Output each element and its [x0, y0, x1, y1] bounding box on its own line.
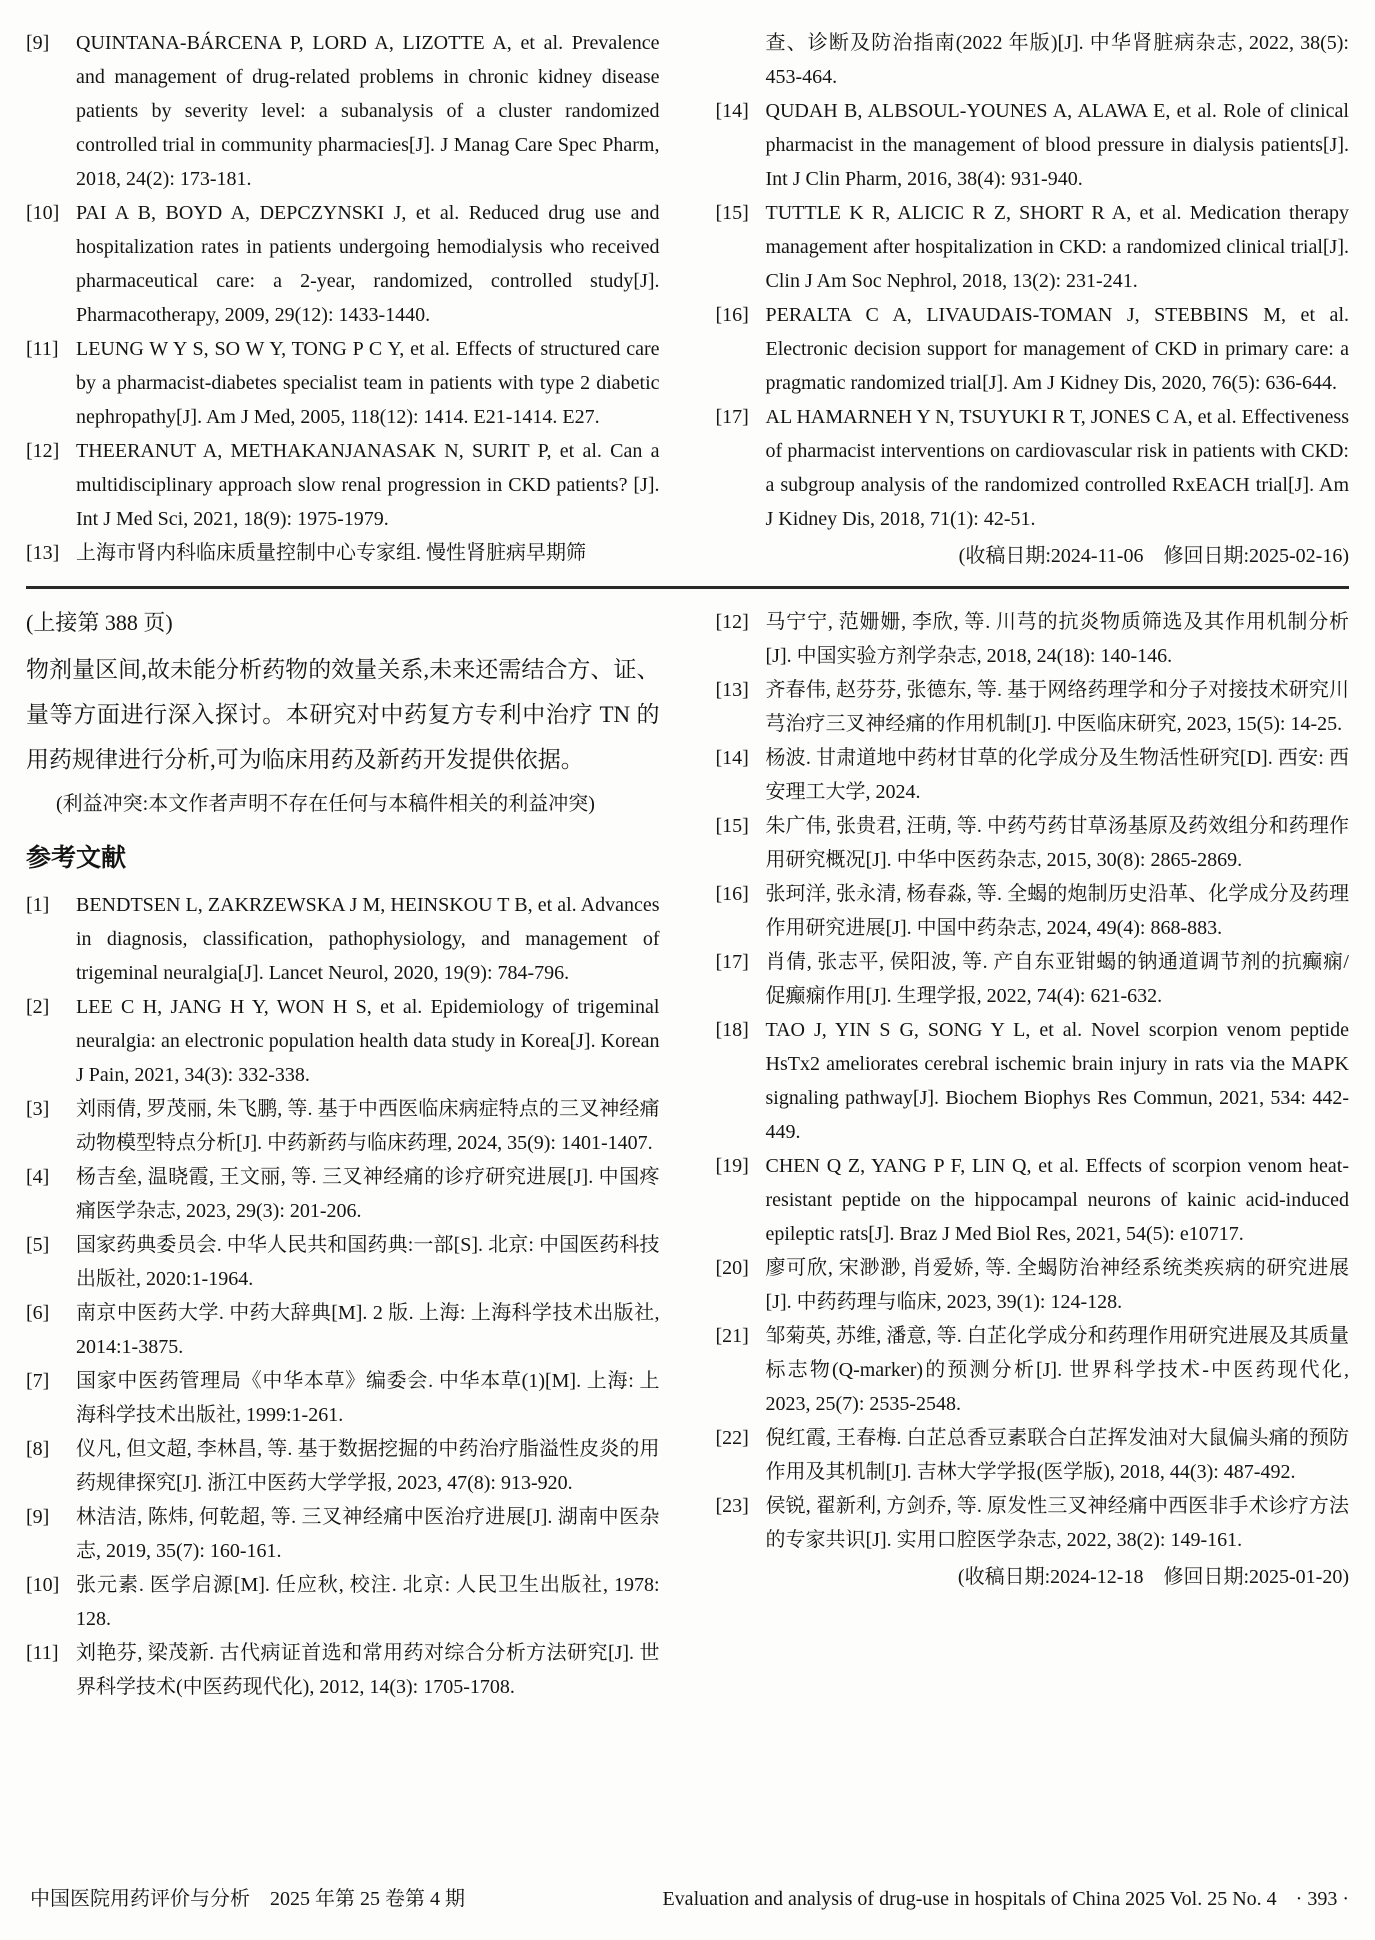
- reference-number: [19]: [716, 1149, 766, 1251]
- reference-text: QUINTANA-BÁRCENA P, LORD A, LIZOTTE A, e…: [76, 26, 660, 196]
- reference-text: THEERANUT A, METHAKANJANASAK N, SURIT P,…: [76, 434, 660, 536]
- reference-item: [4] 杨吉垒, 温晓霞, 王文丽, 等. 三叉神经痛的诊疗研究进展[J]. 中…: [26, 1160, 660, 1228]
- reference-number: [7]: [26, 1364, 76, 1432]
- reference-number: [13]: [716, 673, 766, 741]
- reference-text: AL HAMARNEH Y N, TSUYUKI R T, JONES C A,…: [766, 400, 1350, 536]
- bottom-right-column: [12] 马宁宁, 范姗姗, 李欣, 等. 川芎的抗炎物质筛选及其作用机制分析[…: [716, 605, 1350, 1704]
- reference-number: [15]: [716, 809, 766, 877]
- reference-item: [14] 杨波. 甘肃道地中药材甘草的化学成分及生物活性研究[D]. 西安: 西…: [716, 741, 1350, 809]
- reference-text: 林洁洁, 陈炜, 何乾超, 等. 三叉神经痛中医治疗进展[J]. 湖南中医杂志,…: [76, 1500, 660, 1568]
- reference-item: [11] LEUNG W Y S, SO W Y, TONG P C Y, et…: [26, 332, 660, 434]
- footer-journal-cn: 中国医院用药评价与分析 2025 年第 25 卷第 4 期: [30, 1886, 465, 1912]
- top-left-column: [9] QUINTANA-BÁRCENA P, LORD A, LIZOTTE …: [26, 26, 660, 574]
- reference-number: [10]: [26, 1568, 76, 1636]
- reference-text: TAO J, YIN S G, SONG Y L, et al. Novel s…: [766, 1013, 1350, 1149]
- reference-text: 仪凡, 但文超, 李林昌, 等. 基于数据挖掘的中药治疗脂溢性皮炎的用药规律探究…: [76, 1432, 660, 1500]
- reference-text: 肖倩, 张志平, 侯阳波, 等. 产自东亚钳蝎的钠通道调节剂的抗癫痫/促癫痫作用…: [766, 945, 1350, 1013]
- reference-text: CHEN Q Z, YANG P F, LIN Q, et al. Effect…: [766, 1149, 1350, 1251]
- reference-item: [16] PERALTA C A, LIVAUDAIS-TOMAN J, STE…: [716, 298, 1350, 400]
- reference-text: 侯锐, 翟新利, 方剑乔, 等. 原发性三叉神经痛中西医非手术诊疗方法的专家共识…: [766, 1489, 1350, 1557]
- reference-number: [11]: [26, 332, 76, 434]
- reference-text: 查、诊断及防治指南(2022 年版)[J]. 中华肾脏病杂志, 2022, 38…: [766, 26, 1350, 94]
- reference-text: 张珂洋, 张永清, 杨春淼, 等. 全蝎的炮制历史沿革、化学成分及药理作用研究进…: [766, 877, 1350, 945]
- reference-item: [17] AL HAMARNEH Y N, TSUYUKI R T, JONES…: [716, 400, 1350, 536]
- reference-number: [9]: [26, 26, 76, 196]
- reference-item: [19] CHEN Q Z, YANG P F, LIN Q, et al. E…: [716, 1149, 1350, 1251]
- reference-item: [12] THEERANUT A, METHAKANJANASAK N, SUR…: [26, 434, 660, 536]
- reference-text: QUDAH B, ALBSOUL-YOUNES A, ALAWA E, et a…: [766, 94, 1350, 196]
- reference-number: [17]: [716, 945, 766, 1013]
- reference-text: 刘艳芬, 梁茂新. 古代病证首选和常用药对综合分析方法研究[J]. 世界科学技术…: [76, 1636, 660, 1704]
- reference-item: [1] BENDTSEN L, ZAKRZEWSKA J M, HEINSKOU…: [26, 888, 660, 990]
- reference-text: 南京中医药大学. 中药大辞典[M]. 2 版. 上海: 上海科学技术出版社, 2…: [76, 1296, 660, 1364]
- received-revised-dates: (收稿日期:2024-11-06 修回日期:2025-02-16): [716, 538, 1350, 574]
- reference-text: 廖可欣, 宋渺渺, 肖爱娇, 等. 全蝎防治神经系统类疾病的研究进展[J]. 中…: [766, 1251, 1350, 1319]
- reference-item: [13] 上海市肾内科临床质量控制中心专家组. 慢性肾脏病早期筛: [26, 536, 660, 570]
- journal-page: [9] QUINTANA-BÁRCENA P, LORD A, LIZOTTE …: [0, 0, 1375, 1940]
- reference-number: [17]: [716, 400, 766, 536]
- references-heading: 参考文献: [26, 838, 660, 874]
- reference-item: [21] 邹菊英, 苏维, 潘意, 等. 白芷化学成分和药理作用研究进展及其质量…: [716, 1319, 1350, 1421]
- reference-number: [14]: [716, 741, 766, 809]
- reference-item: [6] 南京中医药大学. 中药大辞典[M]. 2 版. 上海: 上海科学技术出版…: [26, 1296, 660, 1364]
- reference-text: 刘雨倩, 罗茂丽, 朱飞鹏, 等. 基于中西医临床病症特点的三叉神经痛动物模型特…: [76, 1092, 660, 1160]
- reference-number: [10]: [26, 196, 76, 332]
- continuation-note: (上接第 388 页): [26, 605, 660, 641]
- top-references-section: [9] QUINTANA-BÁRCENA P, LORD A, LIZOTTE …: [26, 26, 1349, 574]
- reference-number: [2]: [26, 990, 76, 1092]
- reference-item: [15] 朱广伟, 张贵君, 汪萌, 等. 中药芍药甘草汤基原及药效组分和药理作…: [716, 809, 1350, 877]
- reference-number: [22]: [716, 1421, 766, 1489]
- reference-list-bottom-left: [1] BENDTSEN L, ZAKRZEWSKA J M, HEINSKOU…: [26, 888, 660, 1704]
- reference-item: [5] 国家药典委员会. 中华人民共和国药典:一部[S]. 北京: 中国医药科技…: [26, 1228, 660, 1296]
- reference-number: [14]: [716, 94, 766, 196]
- reference-item: [16] 张珂洋, 张永清, 杨春淼, 等. 全蝎的炮制历史沿革、化学成分及药理…: [716, 877, 1350, 945]
- reference-item: [13] 齐春伟, 赵芬芬, 张德东, 等. 基于网络药理学和分子对接技术研究川…: [716, 673, 1350, 741]
- reference-item: [10] PAI A B, BOYD A, DEPCZYNSKI J, et a…: [26, 196, 660, 332]
- reference-item: [3] 刘雨倩, 罗茂丽, 朱飞鹏, 等. 基于中西医临床病症特点的三叉神经痛动…: [26, 1092, 660, 1160]
- reference-item: [11] 刘艳芬, 梁茂新. 古代病证首选和常用药对综合分析方法研究[J]. 世…: [26, 1636, 660, 1704]
- reference-number: [21]: [716, 1319, 766, 1421]
- reference-text: 国家中医药管理局《中华本草》编委会. 中华本草(1)[M]. 上海: 上海科学技…: [76, 1364, 660, 1432]
- reference-item: [9] 林洁洁, 陈炜, 何乾超, 等. 三叉神经痛中医治疗进展[J]. 湖南中…: [26, 1500, 660, 1568]
- reference-text: 齐春伟, 赵芬芬, 张德东, 等. 基于网络药理学和分子对接技术研究川芎治疗三叉…: [766, 673, 1350, 741]
- reference-text: LEUNG W Y S, SO W Y, TONG P C Y, et al. …: [76, 332, 660, 434]
- reference-text: 国家药典委员会. 中华人民共和国药典:一部[S]. 北京: 中国医药科技出版社,…: [76, 1228, 660, 1296]
- reference-text: 朱广伟, 张贵君, 汪萌, 等. 中药芍药甘草汤基原及药效组分和药理作用研究概况…: [766, 809, 1350, 877]
- reference-number: [8]: [26, 1432, 76, 1500]
- reference-list-top-left: [9] QUINTANA-BÁRCENA P, LORD A, LIZOTTE …: [26, 26, 660, 570]
- reference-item: [23] 侯锐, 翟新利, 方剑乔, 等. 原发性三叉神经痛中西医非手术诊疗方法…: [716, 1489, 1350, 1557]
- reference-number: [5]: [26, 1228, 76, 1296]
- reference-number: [4]: [26, 1160, 76, 1228]
- bottom-left-column: (上接第 388 页) 物剂量区间,故未能分析药物的效量关系,未来还需结合方、证…: [26, 605, 660, 1704]
- reference-number: [18]: [716, 1013, 766, 1149]
- reference-item: [15] TUTTLE K R, ALICIC R Z, SHORT R A, …: [716, 196, 1350, 298]
- reference-number: [11]: [26, 1636, 76, 1704]
- reference-item: [18] TAO J, YIN S G, SONG Y L, et al. No…: [716, 1013, 1350, 1149]
- reference-item: [2] LEE C H, JANG H Y, WON H S, et al. E…: [26, 990, 660, 1092]
- section-divider: [26, 586, 1349, 589]
- reference-number: [20]: [716, 1251, 766, 1319]
- reference-number: [6]: [26, 1296, 76, 1364]
- reference-item: [14] QUDAH B, ALBSOUL-YOUNES A, ALAWA E,…: [716, 94, 1350, 196]
- footer-journal-en: Evaluation and analysis of drug-use in h…: [662, 1886, 1349, 1912]
- reference-item: [7] 国家中医药管理局《中华本草》编委会. 中华本草(1)[M]. 上海: 上…: [26, 1364, 660, 1432]
- reference-item: [17] 肖倩, 张志平, 侯阳波, 等. 产自东亚钳蝎的钠通道调节剂的抗癫痫/…: [716, 945, 1350, 1013]
- conflict-of-interest-note: (利益冲突:本文作者声明不存在任何与本稿件相关的利益冲突): [26, 782, 660, 826]
- reference-text: TUTTLE K R, ALICIC R Z, SHORT R A, et al…: [766, 196, 1350, 298]
- reference-number: [12]: [716, 605, 766, 673]
- reference-item: [20] 廖可欣, 宋渺渺, 肖爱娇, 等. 全蝎防治神经系统类疾病的研究进展[…: [716, 1251, 1350, 1319]
- reference-number: [9]: [26, 1500, 76, 1568]
- reference-item: [10] 张元素. 医学启源[M]. 任应秋, 校注. 北京: 人民卫生出版社,…: [26, 1568, 660, 1636]
- reference-item: 查、诊断及防治指南(2022 年版)[J]. 中华肾脏病杂志, 2022, 38…: [716, 26, 1350, 94]
- reference-text: 张元素. 医学启源[M]. 任应秋, 校注. 北京: 人民卫生出版社, 1978…: [76, 1568, 660, 1636]
- reference-text: 马宁宁, 范姗姗, 李欣, 等. 川芎的抗炎物质筛选及其作用机制分析[J]. 中…: [766, 605, 1350, 673]
- reference-number: [3]: [26, 1092, 76, 1160]
- received-revised-dates: (收稿日期:2024-12-18 修回日期:2025-01-20): [716, 1559, 1350, 1595]
- reference-text: 倪红霞, 王春梅. 白芷总香豆素联合白芷挥发油对大鼠偏头痛的预防作用及其机制[J…: [766, 1421, 1350, 1489]
- reference-number: [16]: [716, 298, 766, 400]
- reference-number: [13]: [26, 536, 76, 570]
- article-body-paragraph: 物剂量区间,故未能分析药物的效量关系,未来还需结合方、证、量等方面进行深入探讨。…: [26, 647, 660, 782]
- footer-journal-en-text: Evaluation and analysis of drug-use in h…: [662, 1888, 1276, 1910]
- reference-number: [12]: [26, 434, 76, 536]
- top-right-column: 查、诊断及防治指南(2022 年版)[J]. 中华肾脏病杂志, 2022, 38…: [716, 26, 1350, 574]
- page-number: · 393 ·: [1296, 1888, 1349, 1910]
- reference-list-bottom-right: [12] 马宁宁, 范姗姗, 李欣, 等. 川芎的抗炎物质筛选及其作用机制分析[…: [716, 605, 1350, 1557]
- reference-number: [716, 26, 766, 94]
- reference-text: 上海市肾内科临床质量控制中心专家组. 慢性肾脏病早期筛: [76, 536, 660, 570]
- reference-text: 杨波. 甘肃道地中药材甘草的化学成分及生物活性研究[D]. 西安: 西安理工大学…: [766, 741, 1350, 809]
- continued-article-section: (上接第 388 页) 物剂量区间,故未能分析药物的效量关系,未来还需结合方、证…: [26, 605, 1349, 1704]
- reference-item: [8] 仪凡, 但文超, 李林昌, 等. 基于数据挖掘的中药治疗脂溢性皮炎的用药…: [26, 1432, 660, 1500]
- reference-text: LEE C H, JANG H Y, WON H S, et al. Epide…: [76, 990, 660, 1092]
- reference-text: BENDTSEN L, ZAKRZEWSKA J M, HEINSKOU T B…: [76, 888, 660, 990]
- reference-item: [22] 倪红霞, 王春梅. 白芷总香豆素联合白芷挥发油对大鼠偏头痛的预防作用及…: [716, 1421, 1350, 1489]
- reference-text: 邹菊英, 苏维, 潘意, 等. 白芷化学成分和药理作用研究进展及其质量标志物(Q…: [766, 1319, 1350, 1421]
- page-footer: 中国医院用药评价与分析 2025 年第 25 卷第 4 期 Evaluation…: [30, 1886, 1349, 1912]
- reference-number: [1]: [26, 888, 76, 990]
- reference-number: [16]: [716, 877, 766, 945]
- reference-number: [15]: [716, 196, 766, 298]
- reference-number: [23]: [716, 1489, 766, 1557]
- reference-item: [9] QUINTANA-BÁRCENA P, LORD A, LIZOTTE …: [26, 26, 660, 196]
- reference-text: 杨吉垒, 温晓霞, 王文丽, 等. 三叉神经痛的诊疗研究进展[J]. 中国疼痛医…: [76, 1160, 660, 1228]
- reference-text: PERALTA C A, LIVAUDAIS-TOMAN J, STEBBINS…: [766, 298, 1350, 400]
- reference-item: [12] 马宁宁, 范姗姗, 李欣, 等. 川芎的抗炎物质筛选及其作用机制分析[…: [716, 605, 1350, 673]
- reference-list-top-right: 查、诊断及防治指南(2022 年版)[J]. 中华肾脏病杂志, 2022, 38…: [716, 26, 1350, 536]
- reference-text: PAI A B, BOYD A, DEPCZYNSKI J, et al. Re…: [76, 196, 660, 332]
